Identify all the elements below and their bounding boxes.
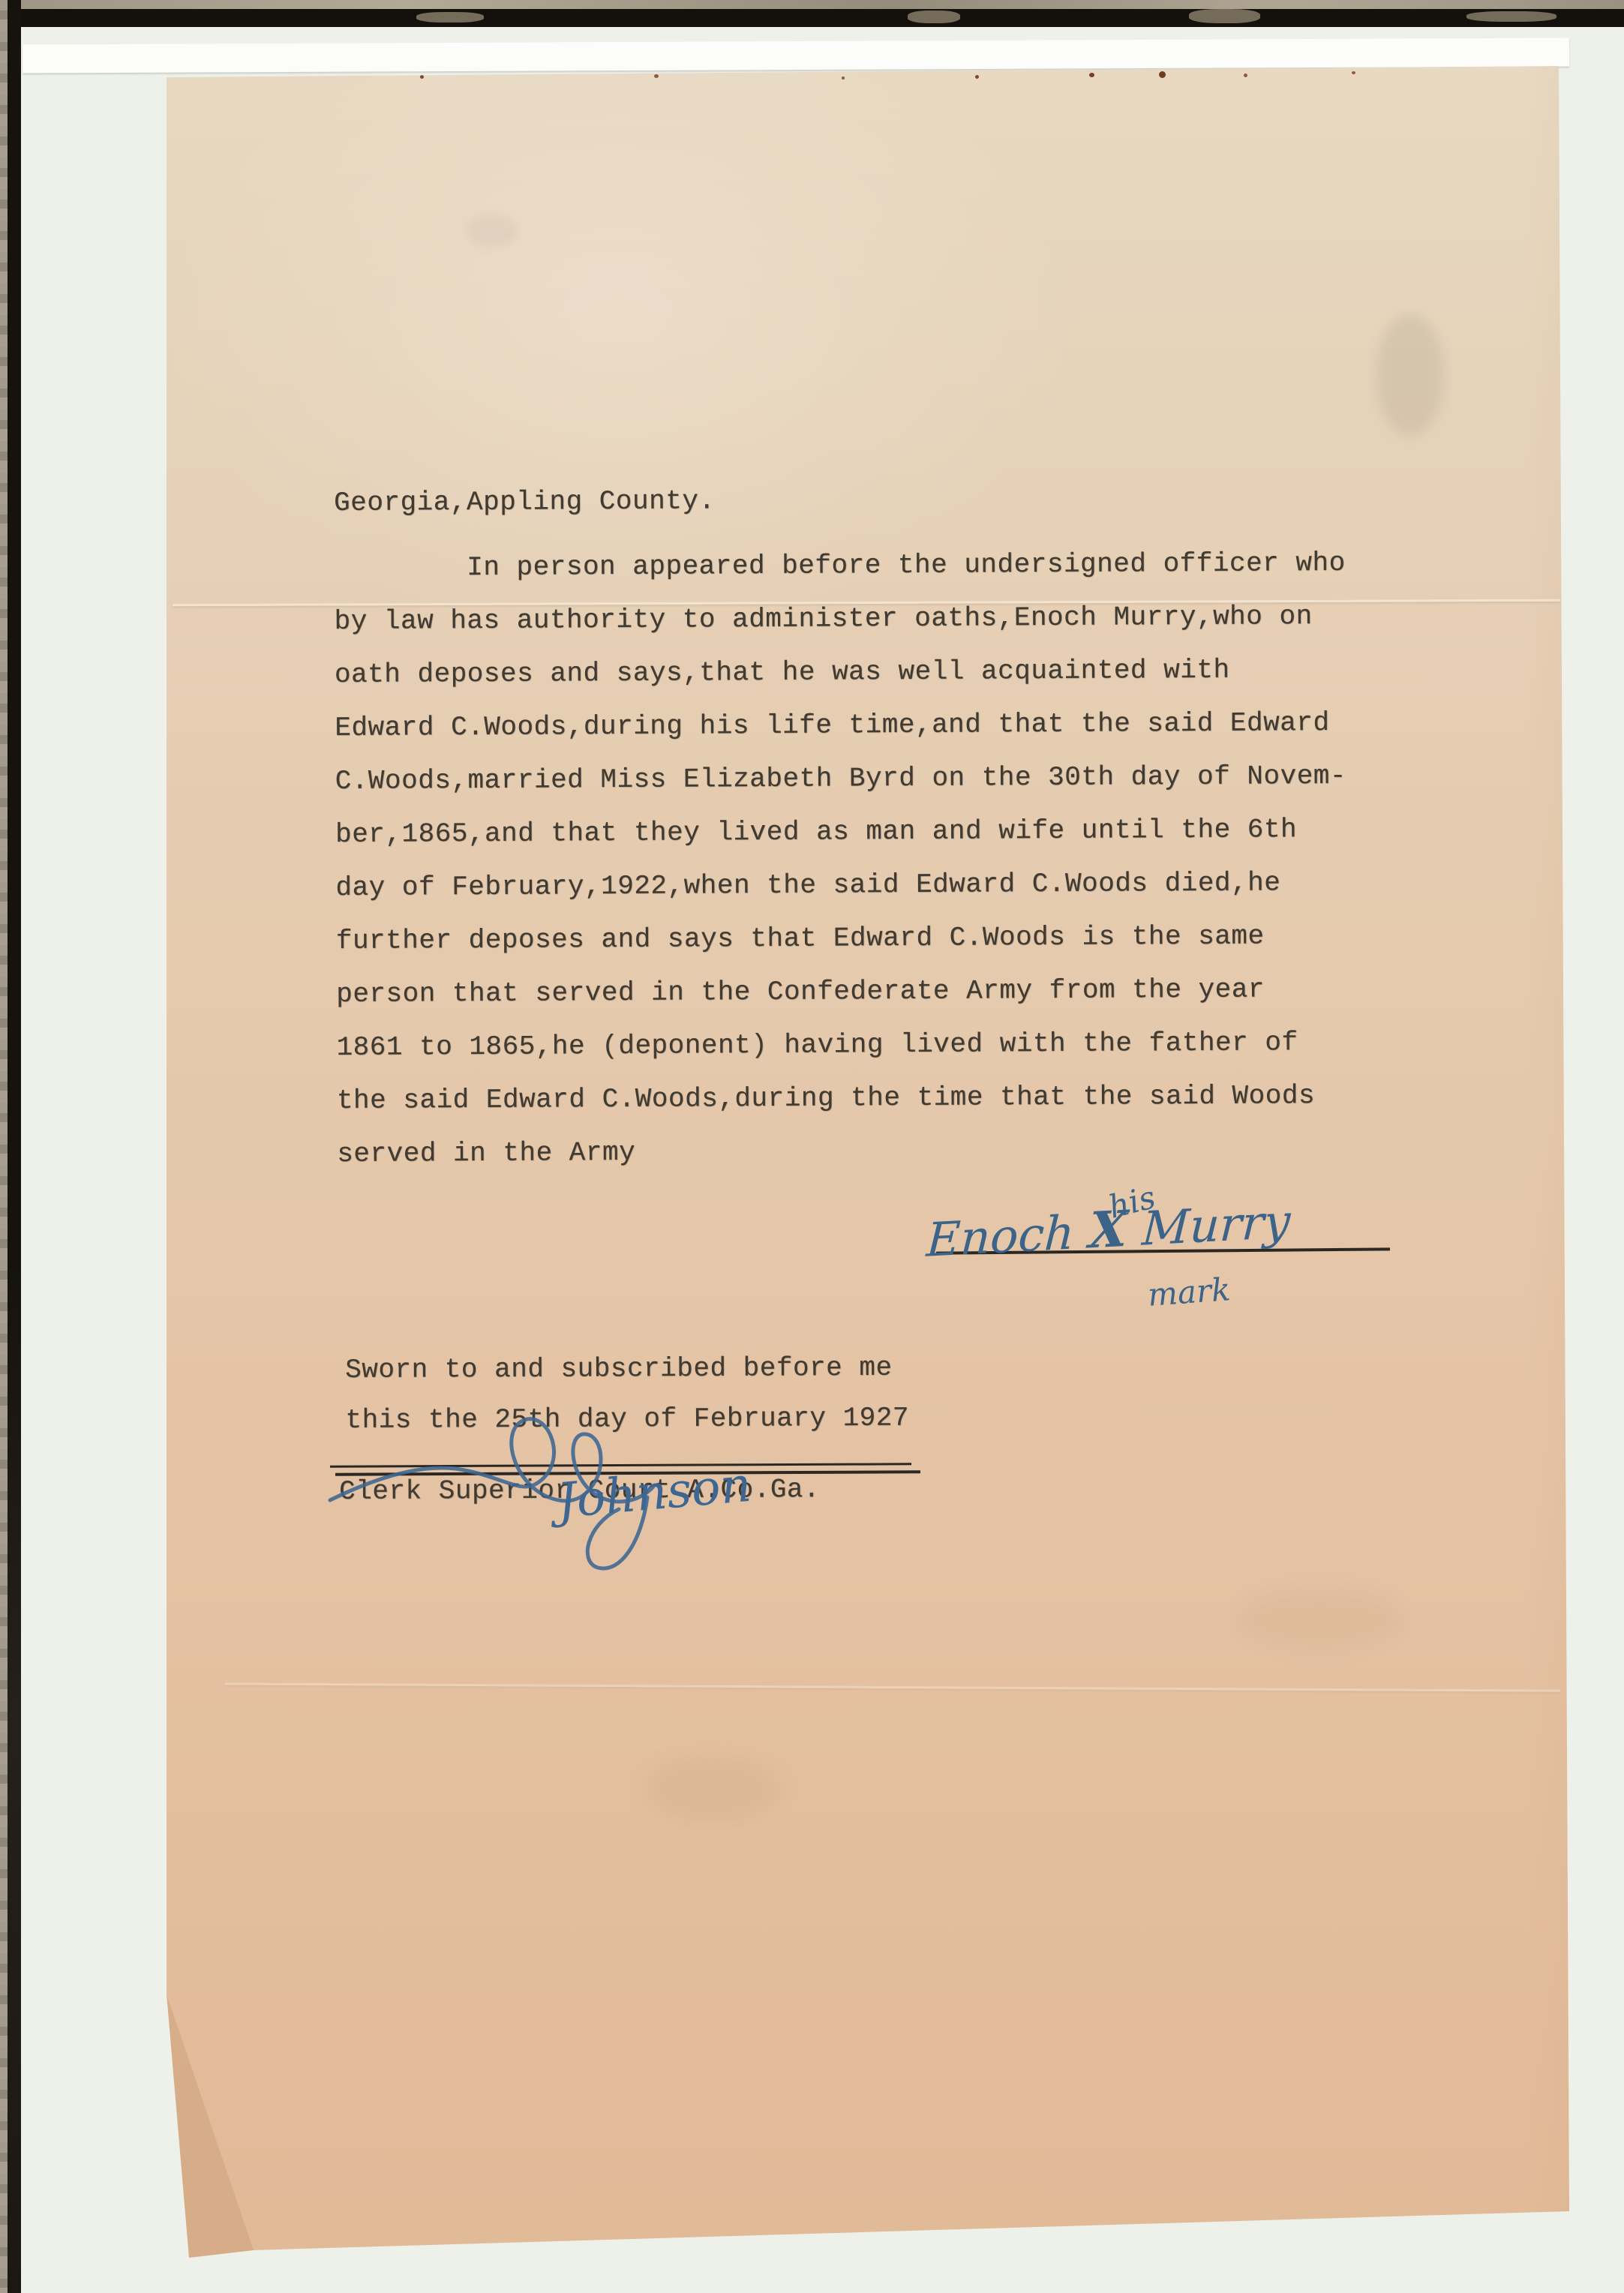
paper-speck bbox=[1159, 71, 1166, 78]
deponent-signature: Enoch X Murry bbox=[925, 1190, 1292, 1268]
paragraph-line: oath deposes and says,that he was well a… bbox=[335, 643, 1400, 701]
paragraph-line: person that served in the Confederate Ar… bbox=[336, 962, 1401, 1021]
paper-speck bbox=[1352, 71, 1355, 74]
scanner-edge-left-black bbox=[8, 0, 21, 2293]
paragraph-line: further deposes and says that Edward C.W… bbox=[336, 909, 1401, 968]
paragraph-line: C.Woods,married Miss Elizabeth Byrd on t… bbox=[335, 749, 1400, 808]
signature-x-mark: X bbox=[1088, 1199, 1129, 1260]
paragraph-line: day of February,1922,when the said Edwar… bbox=[335, 856, 1400, 914]
signature-last-name: Murry bbox=[1141, 1193, 1292, 1256]
paper-speck bbox=[654, 74, 659, 78]
paper: Georgia,Appling County. In person appear… bbox=[0, 0, 1624, 2293]
paragraph-line: Edward C.Woods,during his life time,and … bbox=[335, 696, 1400, 755]
paragraph-line: 1861 to 1865,he (deponent) having lived … bbox=[336, 1016, 1401, 1074]
paragraph-line: served in the Army bbox=[337, 1122, 1402, 1181]
scanner-edge-left-gray bbox=[0, 0, 8, 2293]
paper-speck bbox=[842, 77, 845, 80]
paragraph-line: by law has authority to administer oaths… bbox=[334, 590, 1399, 648]
paper-speck bbox=[1244, 74, 1247, 77]
paper-speck bbox=[420, 75, 424, 79]
scan-artifact-blotch bbox=[1466, 11, 1556, 22]
fold-crease bbox=[225, 1682, 1560, 1691]
clerk-signature-flourish: Johnson bbox=[319, 1386, 874, 1581]
scan-artifact-blotch bbox=[908, 11, 960, 23]
scanner-edge-top-strip bbox=[0, 0, 1624, 9]
scan-artifact-blotch bbox=[416, 12, 484, 23]
paper-speck bbox=[975, 75, 979, 79]
scan-artifact-blotch bbox=[1189, 9, 1260, 23]
mark-annotation: mark bbox=[1146, 1271, 1232, 1313]
paragraph-line: ber,1865,and that they lived as man and … bbox=[335, 803, 1400, 861]
signature-first-name: Enoch bbox=[925, 1205, 1076, 1268]
paper-smudge bbox=[1238, 1590, 1403, 1650]
paragraph-line: the said Edward C.Woods,during the time … bbox=[337, 1069, 1402, 1127]
affidavit-paragraph: In person appeared before the undersigne… bbox=[334, 536, 1402, 1181]
scanner-edge-top-band bbox=[0, 9, 1624, 27]
paper-smudge bbox=[645, 1755, 780, 1823]
document-heading: Georgia,Appling County. bbox=[334, 485, 716, 518]
paper-speck bbox=[1089, 73, 1094, 77]
scanned-affidavit-screenshot: { "document": { "heading": "Georgia,Appl… bbox=[0, 0, 1624, 2293]
paper-smudge bbox=[1376, 315, 1444, 435]
paper-smudge bbox=[465, 214, 518, 248]
paragraph-line: In person appeared before the undersigne… bbox=[334, 536, 1399, 595]
